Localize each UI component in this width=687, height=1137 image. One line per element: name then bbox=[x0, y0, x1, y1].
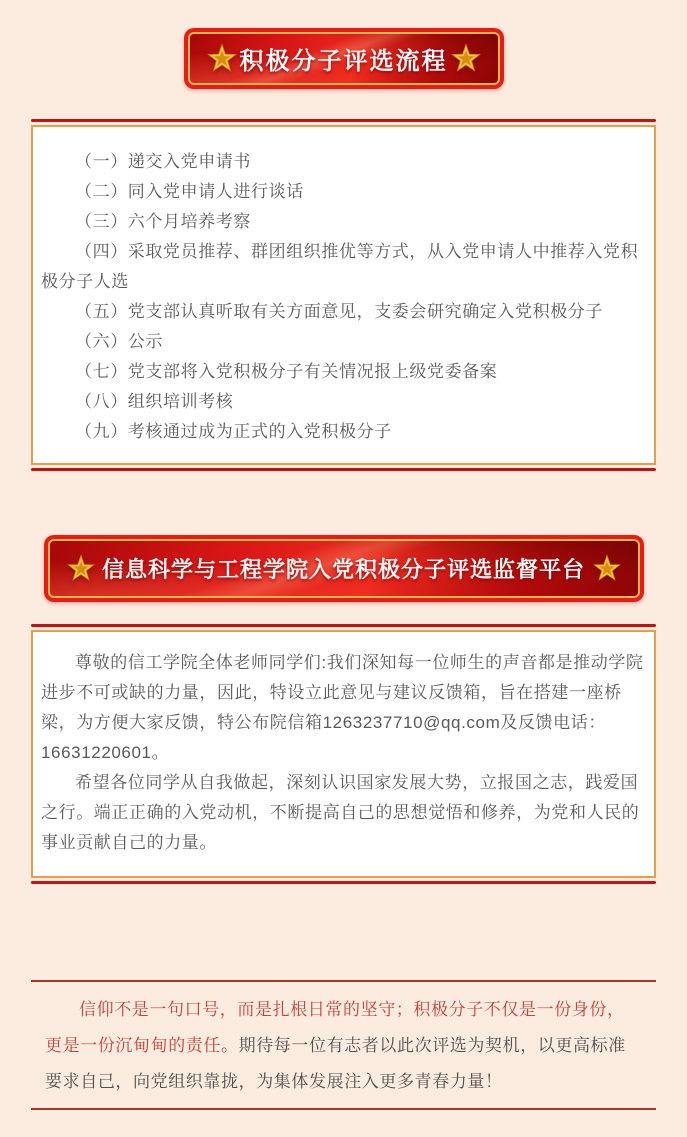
platform-title-banner-inner: 信息科学与工程学院入党积极分子评选监督平台 bbox=[48, 539, 640, 598]
flow-list-item: （二）同入党申请人进行谈话 bbox=[41, 177, 646, 207]
footer-top-red-line bbox=[31, 980, 656, 982]
box-bottom-red-line bbox=[31, 468, 656, 471]
feedback-box: 尊敬的信工学院全体老师同学们:我们深知每一位师生的声音都是推动学院进步不可或缺的… bbox=[31, 630, 656, 878]
box-top-red-line bbox=[31, 624, 656, 627]
feedback-paragraph: 希望各位同学从自我做起，深刻认识国家发展大势，立报国之志，践爱国之行。端正正确的… bbox=[41, 768, 646, 858]
flow-title-banner: 积极分子评选流程 bbox=[184, 28, 504, 89]
platform-title-banner: 信息科学与工程学院入党积极分子评选监督平台 bbox=[44, 535, 644, 602]
platform-banner-title: 信息科学与工程学院入党积极分子评选监督平台 bbox=[96, 553, 592, 584]
star-icon bbox=[206, 43, 238, 75]
feedback-paragraphs: 尊敬的信工学院全体老师同学们:我们深知每一位师生的声音都是推动学院进步不可或缺的… bbox=[41, 648, 646, 858]
footer-quote: 信仰不是一句口号，而是扎根日常的坚守；积极分子不仅是一份身份，更是一份沉甸甸的责… bbox=[31, 992, 656, 1100]
feedback-section: 尊敬的信工学院全体老师同学们:我们深知每一位师生的声音都是推动学院进步不可或缺的… bbox=[31, 624, 656, 884]
flow-list-item: （五）党支部认真听取有关方面意见，支委会研究确定入党积极分子 bbox=[41, 297, 646, 327]
flow-list: （一）递交入党申请书（二）同入党申请人进行谈话（三）六个月培养考察（四）采取党员… bbox=[41, 147, 646, 447]
flow-list-item: （六）公示 bbox=[41, 327, 646, 357]
flow-list-section: （一）递交入党申请书（二）同入党申请人进行谈话（三）六个月培养考察（四）采取党员… bbox=[31, 119, 656, 471]
flow-banner-title: 积极分子评选流程 bbox=[238, 41, 450, 76]
flow-list-item: （四）采取党员推荐、群团组织推优等方式，从入党申请人中推荐入党积极分子人选 bbox=[41, 237, 646, 297]
footer-bottom-red-line bbox=[31, 1108, 656, 1110]
flow-list-item: （三）六个月培养考察 bbox=[41, 207, 646, 237]
box-top-red-line bbox=[31, 119, 656, 122]
flow-title-banner-inner: 积极分子评选流程 bbox=[188, 32, 500, 85]
flow-list-item: （八）组织培训考核 bbox=[41, 387, 646, 417]
star-icon bbox=[592, 554, 622, 584]
feedback-paragraph: 尊敬的信工学院全体老师同学们:我们深知每一位师生的声音都是推动学院进步不可或缺的… bbox=[41, 648, 646, 768]
star-icon bbox=[450, 43, 482, 75]
flow-list-item: （七）党支部将入党积极分子有关情况报上级党委备案 bbox=[41, 357, 646, 387]
star-icon bbox=[66, 554, 96, 584]
flow-list-box: （一）递交入党申请书（二）同入党申请人进行谈话（三）六个月培养考察（四）采取党员… bbox=[31, 125, 656, 465]
flow-list-item: （一）递交入党申请书 bbox=[41, 147, 646, 177]
footer-quote-section: 信仰不是一句口号，而是扎根日常的坚守；积极分子不仅是一份身份，更是一份沉甸甸的责… bbox=[31, 980, 656, 1110]
box-bottom-red-line bbox=[31, 881, 656, 884]
flow-list-item: （九）考核通过成为正式的入党积极分子 bbox=[41, 417, 646, 447]
